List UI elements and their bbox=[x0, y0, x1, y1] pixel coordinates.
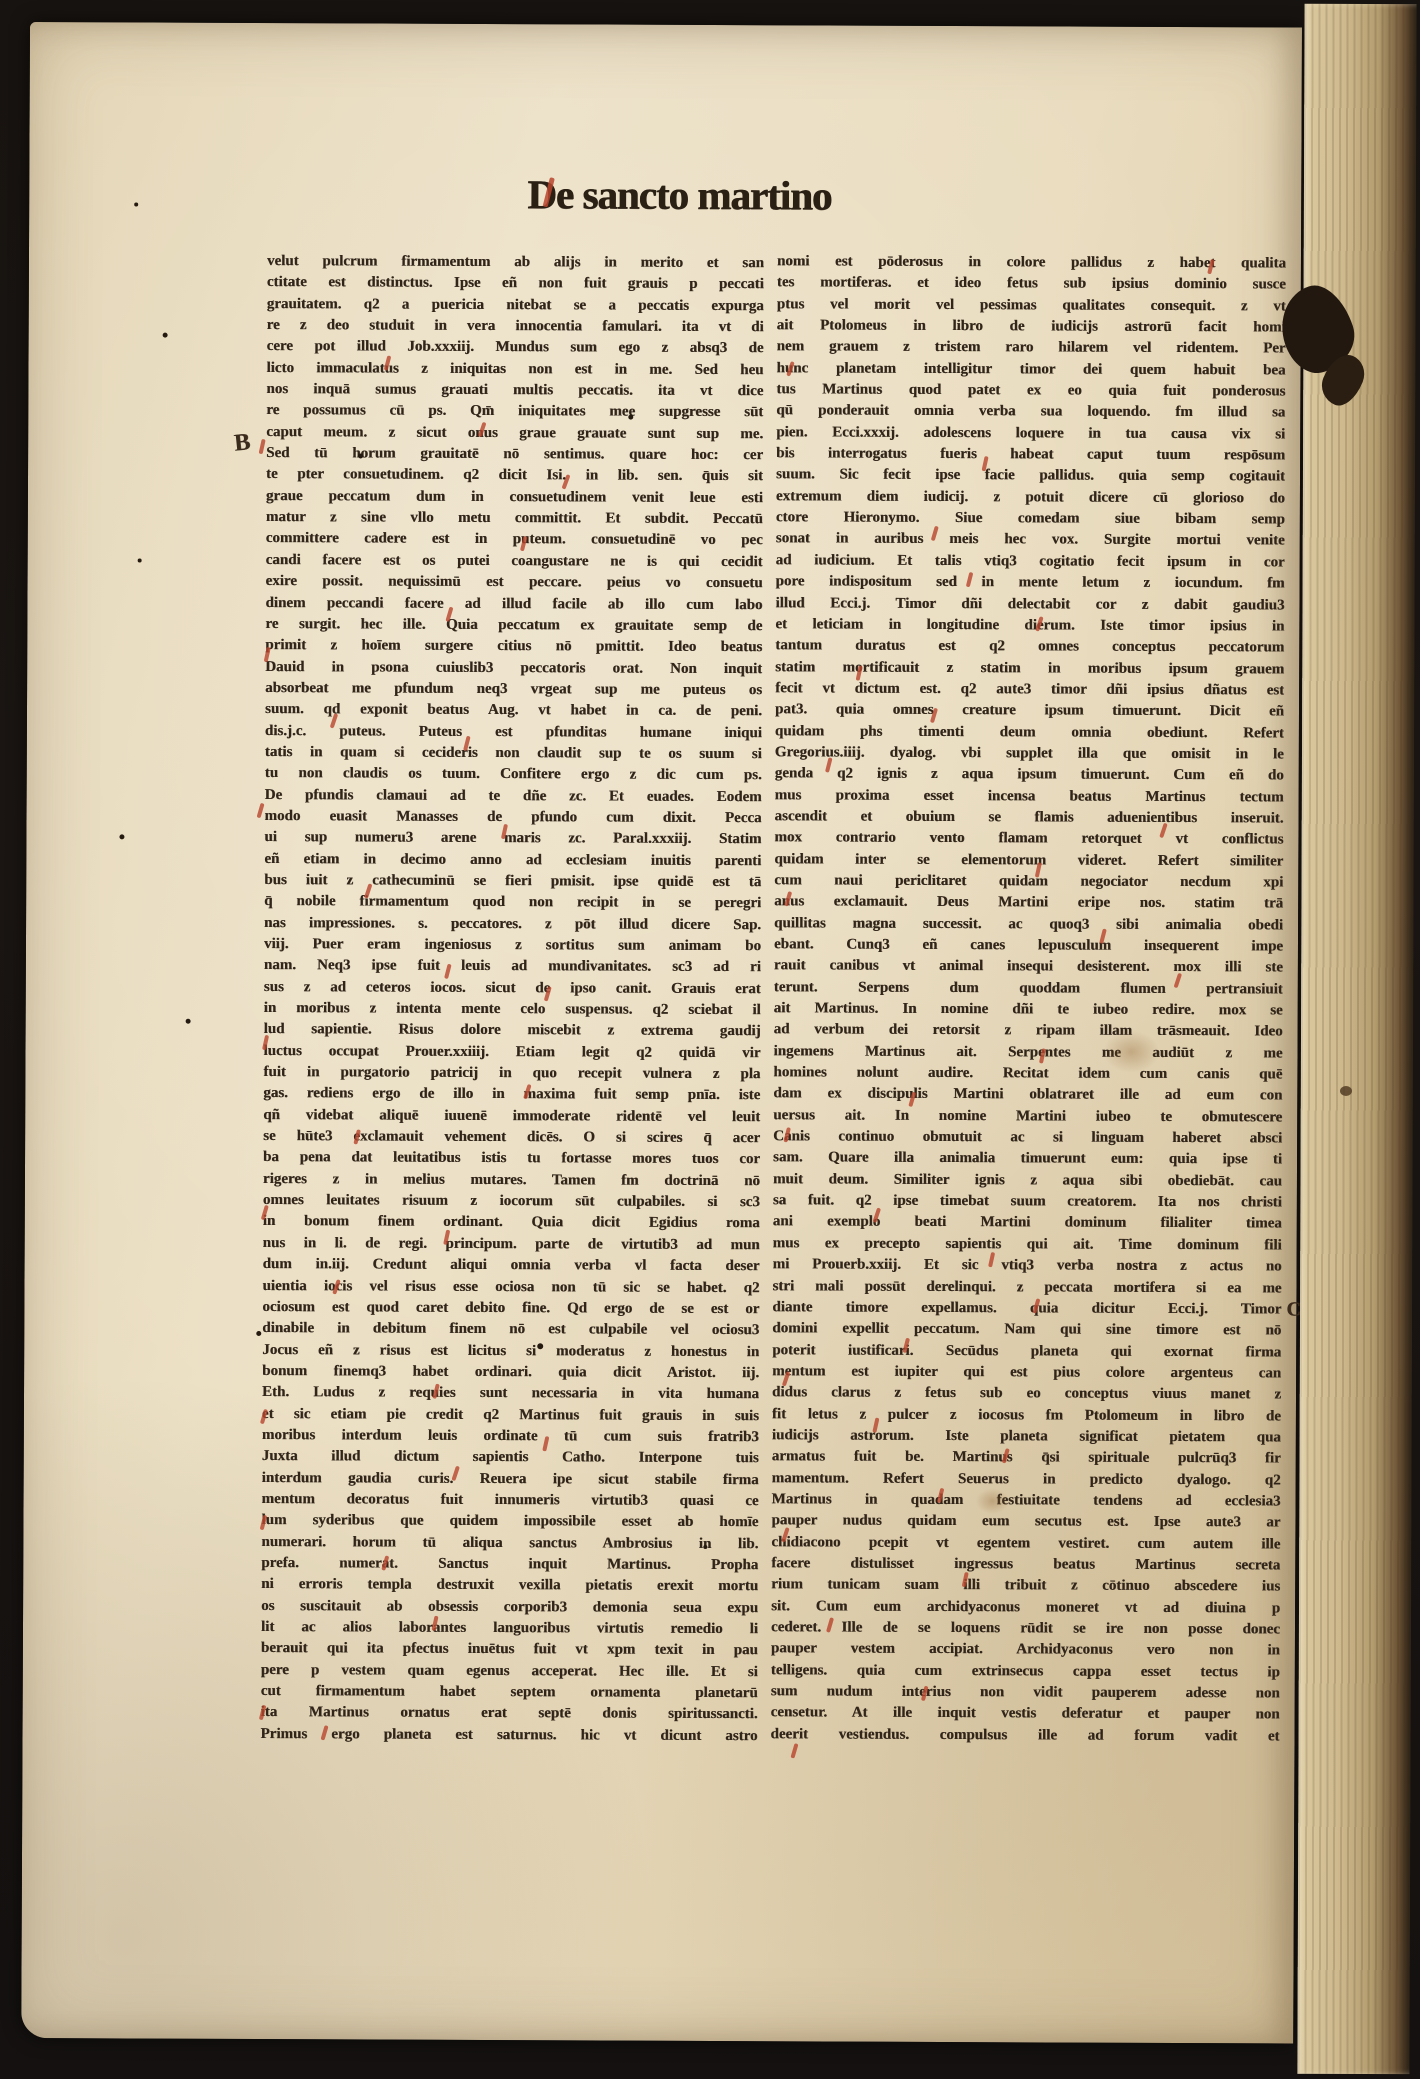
text-line: primit z hoīem surgere citius nō pmittit… bbox=[265, 635, 762, 659]
text-line: rium tunicam suam illi tribuit z cōtinuo… bbox=[771, 1575, 1280, 1599]
text-line: pauper vestem accipiat. Archidyaconus ve… bbox=[771, 1639, 1280, 1663]
text-line: dam ex discipulis Martini oblatraret ill… bbox=[773, 1084, 1282, 1108]
text-line: ba pena dat leuitatibus istis tu fortass… bbox=[263, 1147, 760, 1171]
text-line: cere pot illud Job.xxxiij. Mundus sum eg… bbox=[267, 336, 764, 360]
text-line: fit letus z pulcer z iocosus fm Ptolomeu… bbox=[772, 1404, 1281, 1428]
text-line: suum. Sic fecit ipse facie pallidus. qui… bbox=[776, 465, 1285, 489]
text-line: ad iudicium. Et talis vtiq3 cogitatio fe… bbox=[776, 550, 1285, 574]
text-line: bis interrogatus fueris habeat caput tuu… bbox=[776, 443, 1285, 467]
text-line: qñ videbat aliquē iuuenē immoderate ride… bbox=[263, 1105, 760, 1129]
text-line: dinabile in debitum finem nō est culpabi… bbox=[262, 1318, 759, 1342]
text-line: tus Martinus quod patet ex eo quia fuit … bbox=[776, 379, 1285, 403]
text-line: poterit iustificari. Secūdus planeta qui… bbox=[772, 1340, 1281, 1364]
text-line: absorbeat me pfundum neq3 vrgeat sup me … bbox=[265, 678, 762, 702]
text-line: ingemens Martinus ait. Serpentes me audi… bbox=[773, 1041, 1282, 1065]
text-line: uersus ait. In nomine Martini iubeo te o… bbox=[773, 1105, 1282, 1129]
text-line: quidam phs timenti deum omnia obediunt. … bbox=[775, 721, 1284, 745]
text-line: exire possit. nequissimū est peccare. pe… bbox=[266, 571, 763, 595]
text-line: nam. Neq3 ipse fuit leuis ad mundivanita… bbox=[264, 955, 761, 979]
text-line: ani exemplo beati Martini dominum filial… bbox=[773, 1212, 1282, 1236]
text-line: deerit vestiendus. compulsus ille ad for… bbox=[770, 1724, 1279, 1748]
text-line: quidam inter se elementorum videret. Ref… bbox=[774, 849, 1283, 873]
text-line: censetur. At ille inquit vestis deferatu… bbox=[771, 1703, 1280, 1727]
text-line: Eth. Ludus z requies sunt necessaria in … bbox=[262, 1382, 759, 1406]
text-line: pere p vestem quam egenus acceperat. Hec… bbox=[261, 1660, 758, 1684]
text-line: sa fuit. q2 ipse timebat suum creatorem.… bbox=[773, 1190, 1282, 1214]
book-page: De sancto martino B C velut pulcrum firm… bbox=[21, 22, 1302, 2044]
text-line: os suscitauit ab obsessis corporib3 demo… bbox=[261, 1596, 758, 1620]
text-line: stri mali possūt derelinqui. z peccata m… bbox=[772, 1276, 1281, 1300]
text-line: mus ex precepto sapientis qui ait. Time … bbox=[773, 1233, 1282, 1257]
text-line: armatus fuit be. Martinus q̄si spiritual… bbox=[772, 1447, 1281, 1471]
text-line: cum naui periclitaret quidam negociator … bbox=[774, 870, 1283, 894]
text-line: pore indispositum sed in mente letum z i… bbox=[776, 571, 1285, 595]
text-line: tu non claudis os tuum. Confitere ergo z… bbox=[265, 763, 762, 787]
text-line: mamentum. Refert Seuerus in predicto dya… bbox=[772, 1468, 1281, 1492]
ink-speck bbox=[186, 1019, 191, 1024]
text-line: ait Ptolomeus in libro de iudicijs astro… bbox=[777, 315, 1286, 339]
text-line: in moribus z intenta mente celo suspensu… bbox=[264, 998, 761, 1022]
text-line: quillitas magna successit. ac quoq3 sibi… bbox=[774, 913, 1283, 937]
text-line: extremum diem iudicij. z potuit dicere c… bbox=[776, 486, 1285, 510]
text-line: terunt. Serpens dum quoddam flumen pertr… bbox=[774, 977, 1283, 1001]
text-line: ebant. Cunq3 eñ canes lepusculum inseque… bbox=[774, 934, 1283, 958]
text-line: modo euasit Manasses de pfundo cum dixit… bbox=[264, 806, 761, 830]
text-line: rauit canibus vt animal insequi desister… bbox=[774, 956, 1283, 980]
ink-speck bbox=[138, 558, 142, 562]
text-line: sus z ad ceteros iocos. sicut de ipso ca… bbox=[264, 977, 761, 1001]
text-line: ni erroris templa destruxit vexilla piet… bbox=[261, 1574, 758, 1598]
text-line: prefa. numerat. Sanctus inquit Martinus.… bbox=[261, 1553, 758, 1577]
ink-speck bbox=[256, 1331, 261, 1336]
text-line: lit ac alios laborantes languoribus virt… bbox=[261, 1617, 758, 1641]
text-line: homines nolunt audire. Recitat idem cum … bbox=[773, 1062, 1282, 1086]
text-line: Gregorius.iiij. dyalog. vbi supplet illa… bbox=[775, 742, 1284, 766]
text-line: caput meum. z sicut onus graue grauate s… bbox=[266, 422, 763, 446]
text-line: mentum est iupiter qui est pius colore a… bbox=[772, 1361, 1281, 1385]
text-line: tes mortiferas. et ideo fetus sub ipsius… bbox=[777, 273, 1286, 297]
text-line: et leticiam in longitudine dierum. Iste … bbox=[775, 614, 1284, 638]
paper-stain bbox=[1103, 1031, 1159, 1073]
text-line: q̄ nobile firmamentum quod non recipit i… bbox=[264, 891, 761, 915]
text-line: nus in li. de regi. principum. parte de … bbox=[263, 1233, 760, 1257]
margin-letter-right: C bbox=[1286, 1299, 1301, 1319]
text-line: genda q2 ignis z aqua ipsum timuerunt. C… bbox=[775, 764, 1284, 788]
rubrication-mark bbox=[257, 803, 265, 819]
ink-speck bbox=[537, 1343, 543, 1349]
text-line: fuit in purgatorio patricij in quo recep… bbox=[263, 1062, 760, 1086]
text-line: te pter consuetudinem. q2 dicit Isi. in … bbox=[266, 464, 763, 488]
text-line: cut firmamentum habet septem ornamenta p… bbox=[261, 1681, 758, 1705]
text-line: mi Prouerb.xxiij. Et sic vtiq3 verba nos… bbox=[773, 1254, 1282, 1278]
text-line: Sed tū horum grauitatē nō sentimus. quar… bbox=[266, 443, 763, 467]
text-line: cederet. Ille de se loquens rūdit se ire… bbox=[771, 1617, 1280, 1641]
text-line: ctore Hieronymo. Siue comedam siue bibam… bbox=[776, 507, 1285, 531]
text-line: ad verbum dei retorsit z ripam illam trā… bbox=[774, 1020, 1283, 1044]
ink-speck bbox=[358, 453, 363, 458]
text-line: fecit vt dictum est. q2 aute3 timor dñi … bbox=[775, 678, 1284, 702]
text-line: viij. Puer eram ingeniosus z sortitus su… bbox=[264, 934, 761, 958]
text-line: ait Martinus. In nomine dñi te iubeo red… bbox=[774, 998, 1283, 1022]
text-line: statim mortificauit z statim in moribus … bbox=[775, 657, 1284, 681]
text-line: dum in.iij. Credunt aliqui omnia verba v… bbox=[263, 1254, 760, 1278]
text-line: mus proxima esset incensa beatus Martinu… bbox=[775, 785, 1284, 809]
ink-speck bbox=[119, 834, 124, 839]
text-line: qū ponderauit omnia verba sua loquendo. … bbox=[776, 401, 1285, 425]
text-line: pien. Ecci.xxxij. adolescens loquere in … bbox=[776, 422, 1285, 446]
text-line: re z deo studuit in vera innocentia famu… bbox=[267, 315, 764, 339]
text-line: Martinus in quadam festiuitate tendens a… bbox=[772, 1489, 1281, 1513]
text-line: Primus ergo planeta est saturnus. hic vt… bbox=[260, 1724, 757, 1748]
text-line: ptus vel morit vel pessimas qualitates c… bbox=[777, 294, 1286, 318]
text-line: dis.j.c. puteus. Puteus est pfunditas hu… bbox=[265, 721, 762, 745]
text-line: Jocus eñ z risus est licitus si moderatu… bbox=[262, 1340, 759, 1364]
text-line: pauper nudus quidam eum secutus est. Ips… bbox=[771, 1511, 1280, 1535]
text-line: luctus occupat Prouer.xxiiij. Etiam legi… bbox=[263, 1041, 760, 1065]
text-line: ascendit et obuium se flamis aduenientib… bbox=[774, 806, 1283, 830]
text-line: nos inquā sumus grauati multis peccatis.… bbox=[266, 379, 763, 403]
text-line: se hūte3 exclamauit vehement dicēs. O si… bbox=[263, 1126, 760, 1150]
photo-background: De sancto martino B C velut pulcrum firm… bbox=[0, 0, 1420, 2079]
text-line: domini expellit peccatum. Nam qui sine t… bbox=[772, 1318, 1281, 1342]
text-line: berauit qui ita pfectus inuētus fuit vt … bbox=[261, 1638, 758, 1662]
text-line: matur z sine vllo metu committit. Et sub… bbox=[266, 507, 763, 531]
text-line: ita Martinus ornatus erat septē donis sp… bbox=[261, 1702, 758, 1726]
text-line: rigeres z in melius mutares. Tamen fm do… bbox=[263, 1169, 760, 1193]
ink-speck bbox=[628, 415, 633, 420]
text-line: nem grauem z tristem raro hilarem vel ri… bbox=[777, 337, 1286, 361]
text-line: interdum gaudia curis. Reuera ipe sicut … bbox=[262, 1468, 759, 1492]
text-line: eñ etiam in decimo anno ad ecclesiam inu… bbox=[264, 849, 761, 873]
text-line: diante timore expellamus. quia dicitur E… bbox=[772, 1297, 1281, 1321]
text-line: Dauid in psona cuiuslib3 peccatoris orat… bbox=[265, 657, 762, 681]
text-line: re surgit. hec ille. Quia peccatum ex gr… bbox=[265, 614, 762, 638]
text-line: Juxta illud dictum sapientis Catho. Inte… bbox=[262, 1446, 759, 1470]
rubrication-mark bbox=[259, 439, 266, 455]
text-line: mox contrario vento flamam retorquet vt … bbox=[774, 828, 1283, 852]
text-line: committere cadere est in puteum. consuet… bbox=[266, 529, 763, 553]
text-line: sit. Cum eum archidyaconus moneret vt ad… bbox=[771, 1596, 1280, 1620]
text-line: sam. Quare illa animalia timuerunt eum: … bbox=[773, 1148, 1282, 1172]
ink-blot bbox=[1272, 258, 1368, 410]
text-line: anus exclamauit. Deus Martini eripe nos.… bbox=[774, 892, 1283, 916]
text-line: tatis in quam si cecideris non claudit s… bbox=[265, 742, 762, 766]
text-line: mentum decoratus fuit innumeris virtutib… bbox=[262, 1489, 759, 1513]
text-line: omnes leuitates risuum z iocorum sūt cul… bbox=[263, 1190, 760, 1214]
ink-speck bbox=[134, 202, 138, 206]
text-line: muit deum. Similiter ignis z aqua sibi o… bbox=[773, 1169, 1282, 1193]
text-line: iudicijs astrorum. Iste planeta signific… bbox=[772, 1425, 1281, 1449]
text-line: grauitatem. q2 a puericia nitebat se a p… bbox=[267, 294, 764, 318]
ink-speck bbox=[703, 1545, 707, 1549]
text-line: suum. qd exponit beatus Aug. vt habet in… bbox=[265, 699, 762, 723]
text-line: candi facere est os putei coangustare ne… bbox=[266, 550, 763, 574]
text-line: pat3. quia omnes creature ipsum timuerun… bbox=[775, 699, 1284, 723]
text-line: ociosum est quod caret debito fine. Qd e… bbox=[262, 1297, 759, 1321]
text-line: velut pulcrum firmamentum ab alijs in me… bbox=[267, 251, 764, 275]
text-line: re possumus cū ps. Qm̄ iniquitates mee s… bbox=[266, 400, 763, 424]
text-line: bonum finemq3 habet ordinari. quia dicit… bbox=[262, 1361, 759, 1385]
text-line: didus clarus z fetus sub eo conceptus vi… bbox=[772, 1382, 1281, 1406]
text-line: telligens. quia cum extrinsecus cappa es… bbox=[771, 1660, 1280, 1684]
ink-speck bbox=[163, 333, 168, 338]
text-line: in bonum finem ordinant. Quia dicit Egid… bbox=[263, 1211, 760, 1235]
paper-stain bbox=[975, 1488, 1009, 1514]
text-line: tantum duratus est q2 omnes conceptus pe… bbox=[775, 635, 1284, 659]
text-line: dinem peccandi facere ad illud facile ab… bbox=[265, 593, 762, 617]
text-line: bus iuit z cathecuminū se fieri pmisit. … bbox=[264, 870, 761, 894]
text-line: gas. rediens ergo de illo in maxima fuit… bbox=[263, 1083, 760, 1107]
ink-spot bbox=[1340, 1086, 1352, 1096]
text-line: lum syderibus que quidem impossibile ess… bbox=[261, 1510, 758, 1534]
text-line: De pfundis clamaui ad te dñe zc. Et euad… bbox=[265, 785, 762, 809]
text-line: et sic etiam pie credit q2 Martinus fuit… bbox=[262, 1404, 759, 1428]
text-line: lud sapientie. Risus dolore miscebit z e… bbox=[264, 1019, 761, 1043]
text-line: numerari. horum tū aliqua sanctus Ambros… bbox=[261, 1532, 758, 1556]
page-title: De sancto martino bbox=[527, 172, 957, 219]
text-line: ui sup numeru3 arene maris zc. Paral.xxx… bbox=[264, 827, 761, 851]
text-line: moribus interdum leuis ordinate tū cum s… bbox=[262, 1425, 759, 1449]
text-line: facere distulisset ingressus beatus Mart… bbox=[771, 1553, 1280, 1577]
text-line: nas impressiones. s. peccatores. z pōt i… bbox=[264, 913, 761, 937]
text-line: chidiacono pcepit vt egentem vestiret. c… bbox=[771, 1532, 1280, 1556]
text-column-right: nomi est pōderosus in colore pallidus z … bbox=[770, 251, 1286, 1747]
text-line: licto immaculatus z iniquitas non est in… bbox=[266, 358, 763, 382]
text-line: hunc planetam intelligitur timor dei que… bbox=[776, 358, 1285, 382]
text-line: sonat in auribus meis hec vox. Surgite m… bbox=[776, 529, 1285, 553]
margin-letter-left: B bbox=[233, 430, 251, 455]
text-line: graue peccatum dum in consuetudinem veni… bbox=[266, 486, 763, 510]
text-column-left: velut pulcrum firmamentum ab alijs in me… bbox=[260, 251, 764, 1747]
text-line: sum nudum interius non vidit pauperem ad… bbox=[771, 1681, 1280, 1705]
text-line: Canis continuo obmutuit ac si linguam ha… bbox=[773, 1126, 1282, 1150]
text-line: ctitate est distinctus. Ipse eñ non fuit… bbox=[267, 272, 764, 296]
text-line: illud Ecci.j. Timor dñi delectabit cor z… bbox=[775, 593, 1284, 617]
